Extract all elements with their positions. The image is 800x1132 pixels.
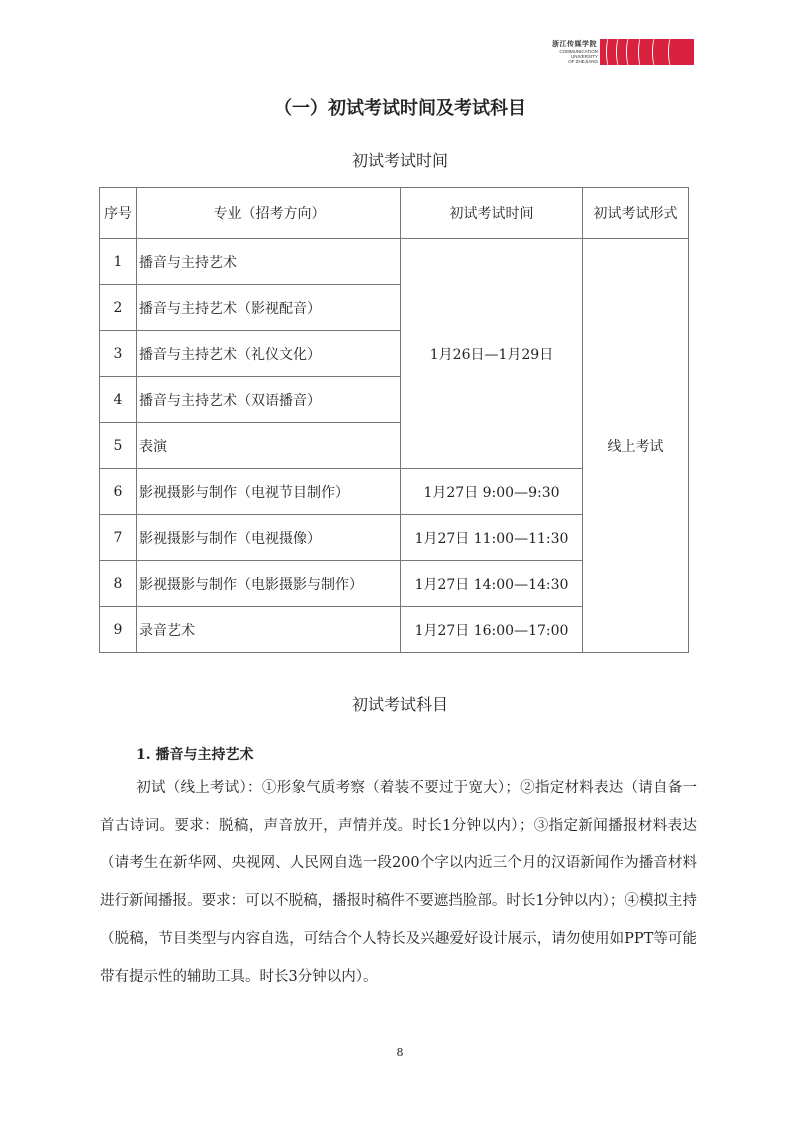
subject-description-text: 初试（线上考试）：①形象气质考察（着装不要过于宽大）；②指定材料表达（请自备一首… xyxy=(100,780,697,985)
row-number: 2 xyxy=(100,285,137,331)
exam-time-cell: 1月27日 9:00—9:30 xyxy=(401,469,583,515)
major-cell: 表演 xyxy=(137,423,401,469)
row-number: 5 xyxy=(100,423,137,469)
row-number: 9 xyxy=(100,607,137,653)
table-header-row: 序号 专业（招考方向） 初试考试时间 初试考试形式 xyxy=(100,188,689,239)
university-logo: 浙江传媒学院 COMMUNICATION UNIVERSITY OF ZHEJI… xyxy=(552,38,694,68)
major-cell: 播音与主持艺术（礼仪文化） xyxy=(137,331,401,377)
exam-time-cell: 1月26日—1月29日 xyxy=(401,239,583,469)
row-number: 3 xyxy=(100,331,137,377)
major-cell: 播音与主持艺术（双语播音） xyxy=(137,377,401,423)
row-number: 7 xyxy=(100,515,137,561)
subject-heading: 1. 播音与主持艺术 xyxy=(136,744,254,764)
exam-time-cell: 1月27日 14:00—14:30 xyxy=(401,561,583,607)
page-number: 8 xyxy=(0,1046,800,1059)
section-title: （一）初试考试时间及考试科目 xyxy=(0,94,800,120)
major-cell: 播音与主持艺术 xyxy=(137,239,401,285)
logo-english-line: OF ZHEJIANG xyxy=(552,59,598,64)
table-row: 1 播音与主持艺术 1月26日—1月29日 线上考试 xyxy=(100,239,689,285)
column-header: 初试考试时间 xyxy=(401,188,583,239)
row-number: 8 xyxy=(100,561,137,607)
major-cell: 录音艺术 xyxy=(137,607,401,653)
major-cell: 影视摄影与制作（电影摄影与制作） xyxy=(137,561,401,607)
exam-time-cell: 1月27日 16:00—17:00 xyxy=(401,607,583,653)
column-header: 专业（招考方向） xyxy=(137,188,401,239)
column-header: 初试考试形式 xyxy=(583,188,689,239)
schedule-title: 初试考试时间 xyxy=(0,148,800,171)
logo-emblem-icon xyxy=(600,39,694,65)
logo-text: 浙江传媒学院 COMMUNICATION UNIVERSITY OF ZHEJI… xyxy=(552,40,598,64)
major-cell: 影视摄影与制作（电视摄像） xyxy=(137,515,401,561)
row-number: 1 xyxy=(100,239,137,285)
subject-description: 初试（线上考试）：①形象气质考察（着装不要过于宽大）；②指定材料表达（请自备一首… xyxy=(100,770,697,996)
exam-time-cell: 1月27日 11:00—11:30 xyxy=(401,515,583,561)
row-number: 4 xyxy=(100,377,137,423)
major-cell: 播音与主持艺术（影视配音） xyxy=(137,285,401,331)
major-cell: 影视摄影与制作（电视节目制作） xyxy=(137,469,401,515)
row-number: 6 xyxy=(100,469,137,515)
subjects-title: 初试考试科目 xyxy=(0,692,800,715)
exam-format-cell: 线上考试 xyxy=(583,239,689,653)
logo-chinese-name: 浙江传媒学院 xyxy=(552,40,598,49)
column-header: 序号 xyxy=(100,188,137,239)
schedule-table: 序号 专业（招考方向） 初试考试时间 初试考试形式 1 播音与主持艺术 1月26… xyxy=(99,187,689,653)
